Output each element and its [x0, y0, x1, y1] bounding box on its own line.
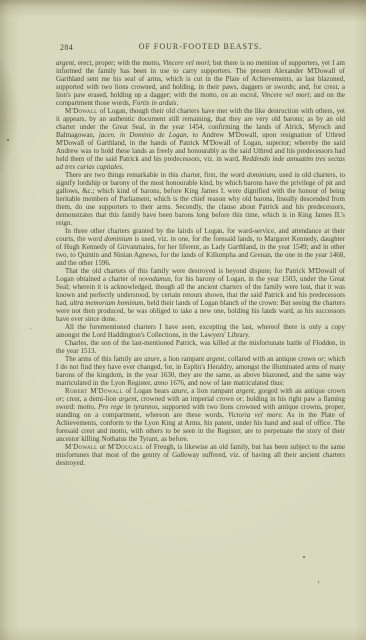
paragraph: Charles, the son of the last-mentioned P…	[56, 339, 345, 355]
page-header: 284 OF FOUR-FOOTED BEASTS.	[56, 42, 345, 53]
body-text: 1676, and now of late matriculated thus:	[168, 379, 284, 387]
body-text: ; crest, a demi-lion	[62, 395, 118, 403]
running-title: OF FOUR-FOOTED BEASTS.	[56, 42, 345, 51]
small-caps-name: M'Dougall	[108, 443, 144, 451]
italic-text: Vincere vel mori	[163, 59, 209, 67]
italic-text: ultra memoriam hominum	[70, 299, 144, 307]
body-text: or	[97, 443, 107, 451]
italic-text: azure	[172, 387, 187, 395]
body-text: There are two things remarkable in this …	[65, 171, 247, 179]
body-text: , erect, proper; with the motto,	[74, 59, 163, 67]
italic-text: dominium	[104, 235, 132, 243]
italic-text: Victoria vel mors	[228, 411, 281, 419]
paragraph: Robert M'Dowall of Logan bears azure, a …	[56, 387, 345, 443]
italic-text: argent	[56, 59, 74, 67]
italic-text: novodamus	[139, 275, 171, 283]
page-content: 284 OF FOUR-FOOTED BEASTS. argent, erect…	[56, 42, 345, 467]
body-text: , a lion rampant	[187, 387, 236, 395]
paragraph: M'Dowall or M'Dougall of Freugh, is like…	[56, 443, 345, 467]
paper-speck	[7, 139, 9, 141]
paragraph: M'Dowall of Logan, though their old char…	[56, 107, 345, 171]
body-text: , collared with an antique crown	[224, 355, 317, 363]
body-text: , used in old charters, to signify lords…	[56, 171, 345, 227]
paragraph: In three other charters granted by the l…	[56, 227, 345, 267]
body-text: All the forementioned charters I have se…	[56, 323, 345, 339]
italic-text: Fortis in arduis	[132, 99, 176, 107]
paragraph: The arms of this family are azure, a lio…	[56, 355, 345, 387]
paper-speck	[30, 328, 31, 329]
page-text: argent, erect, proper; with the motto, V…	[56, 59, 345, 467]
paragraph: That the old charters of this family wer…	[56, 267, 345, 323]
italic-text: azure	[144, 355, 159, 363]
small-caps-name: M'Dowall	[65, 443, 97, 451]
body-text: The arms of this family are	[65, 355, 144, 363]
body-text: of Logan bears	[123, 387, 172, 395]
small-caps-name: Robert M'Dowall	[65, 387, 123, 395]
italic-text: jacen. in Dominio de Logan	[99, 131, 187, 139]
body-text: , gorged with an antique crown	[254, 387, 345, 395]
page-number: 284	[60, 43, 73, 52]
italic-text: argent	[119, 395, 137, 403]
paper-speck	[318, 581, 319, 583]
body-text: .	[177, 99, 179, 107]
italic-text: Pro rege in tyrannos	[98, 403, 158, 411]
paragraph: argent, erect, proper; with the motto, V…	[56, 59, 345, 107]
body-text: , crowned with an imperial crown	[137, 395, 237, 403]
body-text: Charles, the son of the last-mentioned P…	[56, 339, 345, 355]
paragraph: There are two things remarkable in this …	[56, 171, 345, 227]
italic-text: dominium	[247, 171, 275, 179]
small-caps-name: M'Dowall	[65, 107, 97, 115]
scanned-book-page: 284 OF FOUR-FOOTED BEASTS. argent, erect…	[0, 0, 366, 640]
body-text: , a lion rampant	[160, 355, 207, 363]
italic-text: argent	[206, 355, 224, 363]
italic-text: argent	[236, 387, 254, 395]
italic-text: anno	[154, 379, 168, 387]
paper-speck	[303, 556, 305, 558]
body-text: .	[122, 163, 124, 171]
italic-text: Vincere vel mori	[261, 91, 309, 99]
paragraph: All the forementioned charters I have se…	[56, 323, 345, 339]
